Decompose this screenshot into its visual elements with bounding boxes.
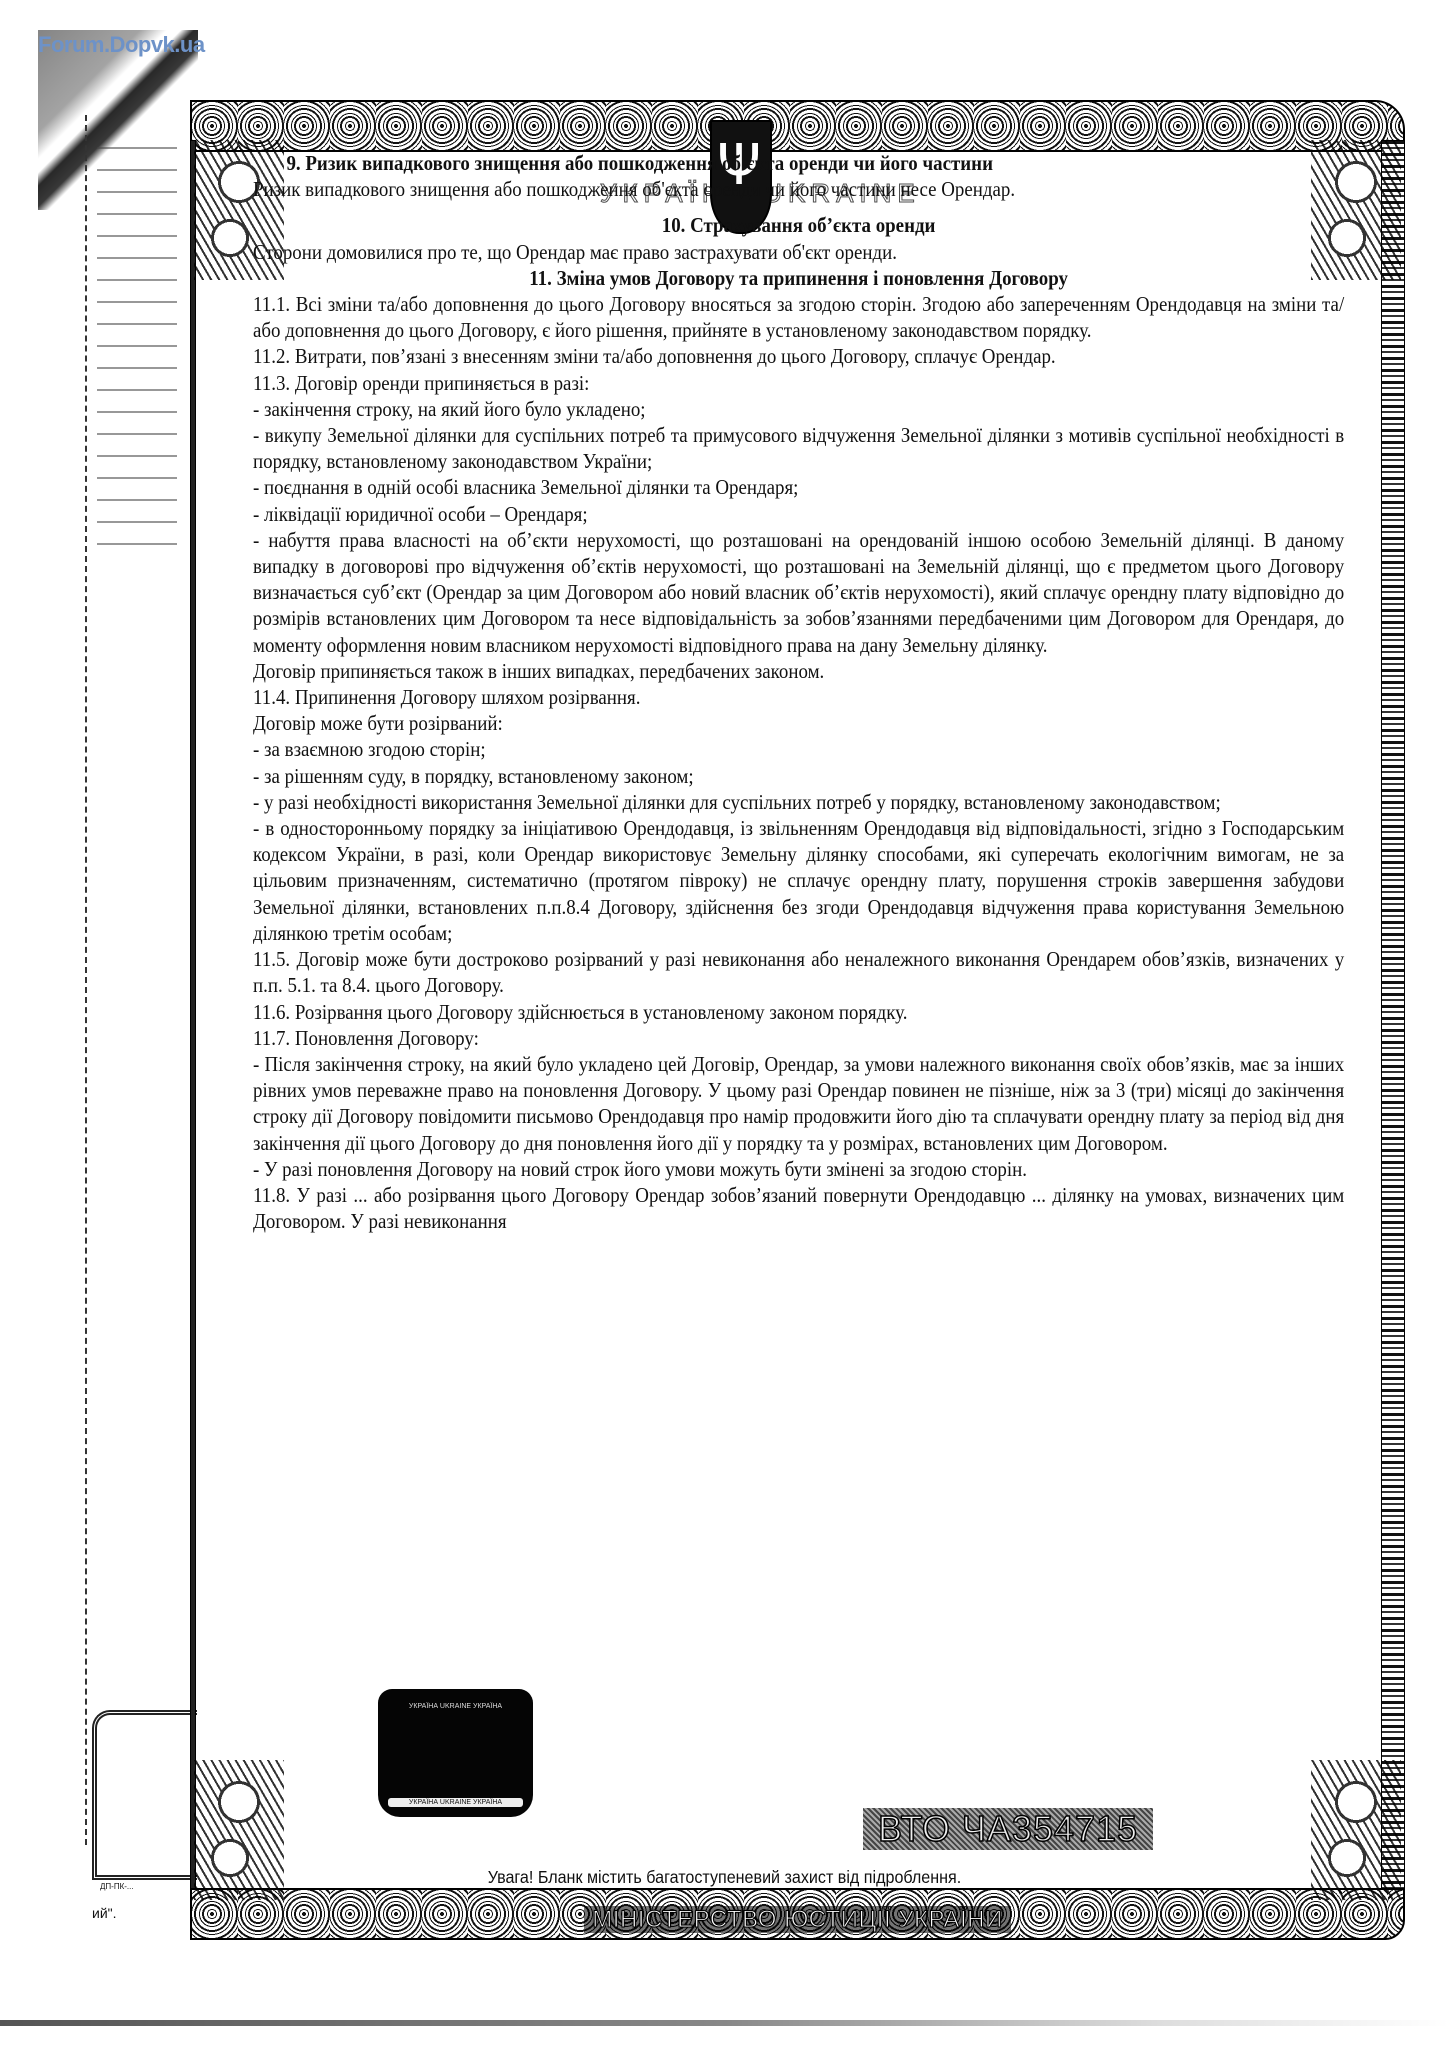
clause-11-7-item: - Після закінчення строку, на який було …: [253, 1051, 1344, 1156]
section-10-heading: 10. Страхування об’єкта оренди: [253, 212, 1344, 238]
clause-11-1: 11.1. Всі зміни та/або доповнення до цьо…: [253, 291, 1344, 343]
clause-11-4-item: - за взаємною згодою сторін;: [253, 736, 1344, 762]
clause-11-8: 11.8. У разі ... або розірвання цього До…: [253, 1182, 1344, 1234]
scan-bottom-edge: [0, 2020, 1449, 2026]
ornament-border-right: [1381, 140, 1405, 1900]
section-11-heading: 11. Зміна умов Договору та припинення і …: [253, 265, 1344, 291]
clause-11-3-tail: Договір припиняється також в інших випад…: [253, 658, 1344, 684]
clause-11-3-item: - ліквідації юридичної особи – Орендаря;: [253, 501, 1344, 527]
ministry-band: МІНІСТЕРСТВО ЮСТИЦІЇ УКРАЇНИ: [190, 1906, 1405, 1934]
clause-11-5: 11.5. Договір може бути достроково розір…: [253, 946, 1344, 998]
clause-11-3-item: - викупу Земельної ділянки для суспільни…: [253, 422, 1344, 474]
clause-11-7-item: - У разі поновлення Договору на новий ст…: [253, 1156, 1344, 1182]
clause-11-4-intro: Договір може бути розірваний:: [253, 710, 1344, 736]
underlying-frame: [92, 1710, 197, 1880]
clause-11-4-item: - в односторонньому порядку за ініціатив…: [253, 815, 1344, 946]
clause-11-4-item: - за рішенням суду, в порядку, встановле…: [253, 763, 1344, 789]
ornament-border-left: [190, 140, 196, 1900]
forgery-warning: Увага! Бланк містить багатоступеневий за…: [58, 1867, 1391, 1888]
clause-11-6: 11.6. Розірвання цього Договору здійснює…: [253, 999, 1344, 1025]
section-9-body: Ризик випадкового знищення або пошкоджен…: [253, 176, 1344, 202]
document-body: 9. Ризик випадкового знищення або пошкод…: [253, 150, 1344, 1234]
underlying-text-lines: [97, 135, 177, 555]
clause-11-3-item: - закінчення строку, на який його було у…: [253, 396, 1344, 422]
clause-11-4-item: - у разі необхідності використання Земел…: [253, 789, 1344, 815]
watermark: Forum.Dopvk.ua: [38, 32, 205, 58]
redaction-sticker: УКРАЇНА UKRAINE УКРАЇНА УКРАЇНА UKRAINE …: [378, 1689, 533, 1817]
section-10-body: Сторони домовилися про те, що Орендар ма…: [253, 239, 1344, 265]
ministry-label: МІНІСТЕРСТВО ЮСТИЦІЇ УКРАЇНИ: [584, 1906, 1010, 1933]
clause-11-3: 11.3. Договір оренди припиняється в разі…: [253, 370, 1344, 396]
section-9-heading: 9. Ризик випадкового знищення або пошкод…: [253, 150, 1344, 176]
underlying-text-fragment: ий".: [92, 1905, 117, 1921]
sticker-top-text: УКРАЇНА UKRAINE УКРАЇНА: [388, 1703, 523, 1710]
blank-serial-number: ВТО ЧА354715: [863, 1808, 1153, 1850]
clause-11-7: 11.7. Поновлення Договору:: [253, 1025, 1344, 1051]
clause-11-2: 11.2. Витрати, пов’язані з внесенням змі…: [253, 343, 1344, 369]
underlying-page-edge: [85, 115, 192, 1845]
clause-11-3-item: - поєднання в одній особі власника Земел…: [253, 474, 1344, 500]
clause-11-4: 11.4. Припинення Договору шляхом розірва…: [253, 684, 1344, 710]
clause-11-3-item: - набуття права власності на об’єкти нер…: [253, 527, 1344, 658]
ornament-border-top: [190, 100, 1405, 152]
sticker-bottom-text: УКРАЇНА UKRAINE УКРАЇНА: [388, 1798, 523, 1807]
